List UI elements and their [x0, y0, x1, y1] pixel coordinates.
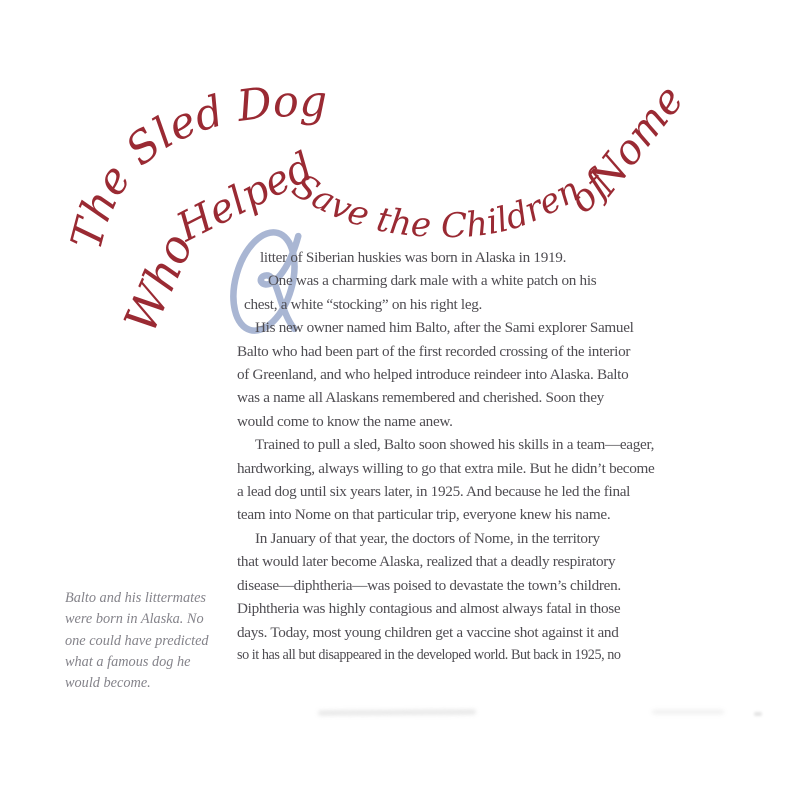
caption-line: one could have predicted — [65, 631, 225, 652]
body-line: litter of Siberian huskies was born in A… — [237, 246, 682, 269]
body-line: hardworking, always willing to go that e… — [237, 457, 682, 480]
body-line: His new owner named him Balto, after the… — [237, 316, 682, 339]
showthrough-smudge — [754, 712, 762, 716]
body-line: disease—diphtheria—was poised to devasta… — [237, 574, 682, 597]
book-page: The Sled Dog Who Helped Save the Childre… — [0, 0, 800, 800]
caption-line: Balto and his littermates — [65, 588, 225, 609]
body-line: Balto who had been part of the first rec… — [237, 340, 682, 363]
caption-line: were born in Alaska. No — [65, 609, 225, 630]
body-line: One was a charming dark male with a whit… — [237, 269, 682, 292]
body-line: a lead dog until six years later, in 192… — [237, 480, 682, 503]
title-word-nome: Nome — [578, 76, 693, 204]
title-arc-save-the-children: Save the Children — [285, 166, 587, 246]
caption-line: what a famous dog he — [65, 652, 225, 673]
caption-line: would become. — [65, 673, 225, 694]
body-line: was a name all Alaskans remembered and c… — [237, 386, 682, 409]
margin-caption: Balto and his littermates were born in A… — [65, 588, 225, 694]
body-line: chest, a white “stocking” on his right l… — [237, 293, 682, 316]
body-line: of Greenland, and who helped introduce r… — [237, 363, 682, 386]
body-text-column: litter of Siberian huskies was born in A… — [237, 246, 682, 667]
body-line: In January of that year, the doctors of … — [237, 527, 682, 550]
body-line: that would later become Alaska, realized… — [237, 550, 682, 573]
showthrough-smudge — [318, 709, 476, 715]
showthrough-smudge — [652, 710, 724, 714]
body-line: Diphtheria was highly contagious and alm… — [237, 597, 682, 620]
body-line: would come to know the name anew. — [237, 410, 682, 433]
body-line: so it has all but disappeared in the dev… — [237, 644, 682, 667]
body-line: Trained to pull a sled, Balto soon showe… — [237, 433, 682, 456]
body-line: team into Nome on that particular trip, … — [237, 503, 682, 526]
body-line: days. Today, most young children get a v… — [237, 621, 682, 644]
